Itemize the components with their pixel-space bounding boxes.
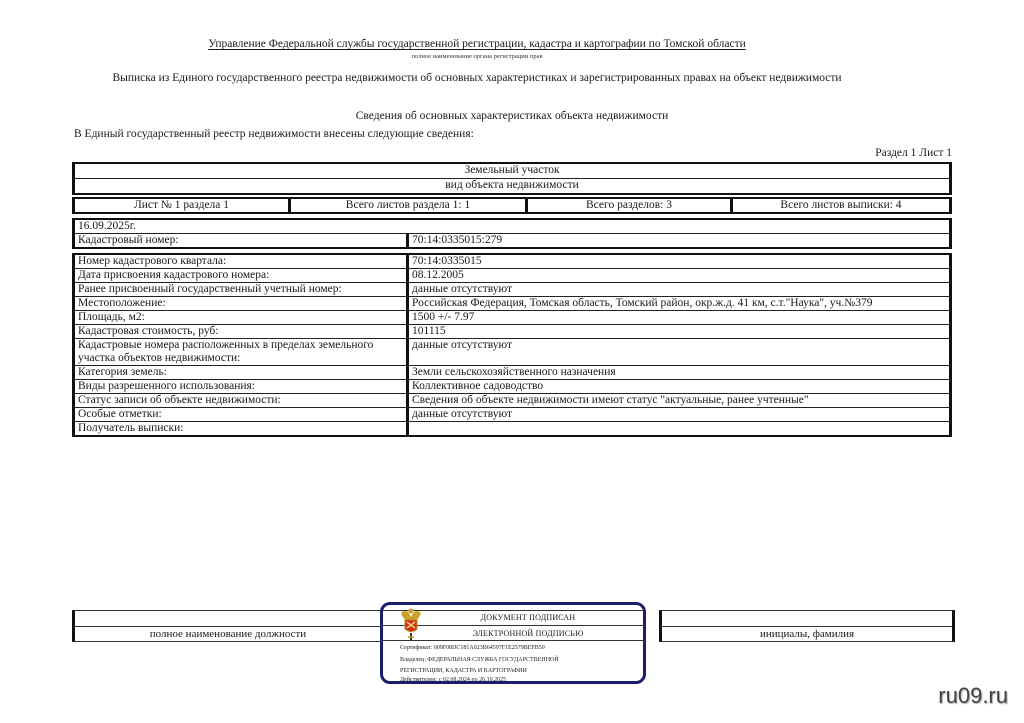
section-sheets-total: Всего листов раздела 1: 1	[290, 198, 527, 213]
object-type-table: Земельный участок вид объекта недвижимос…	[72, 162, 952, 195]
watermark: ru09.ru	[938, 683, 1008, 709]
stamp-title-line2: ЭЛЕКТРОННОЙ ПОДПИСЬЮ	[423, 629, 633, 638]
coat-of-arms-icon	[399, 607, 423, 643]
row-value: 08.12.2005	[408, 269, 951, 283]
row-label: Особые отметки:	[74, 408, 408, 422]
date-table: 16.09.2025г. Кадастровый номер: 70:14:03…	[72, 218, 952, 249]
row-value: Коллективное садоводство	[408, 380, 951, 394]
table-row: Ранее присвоенный государственный учетны…	[74, 283, 951, 297]
table-row: Особые отметки:данные отсутствуют	[74, 408, 951, 422]
row-label: Номер кадастрового квартала:	[74, 254, 408, 269]
extract-sheets-total: Всего листов выписки: 4	[732, 198, 951, 213]
organization-caption: полное наименование органа регистрации п…	[0, 53, 954, 60]
row-value: 101115	[408, 325, 951, 339]
row-label: Местоположение:	[74, 297, 408, 311]
certificate-validity: Действителен: с 02.08.2024 по 26.10.2025	[400, 677, 506, 683]
row-value: 1500 +/- 7.97	[408, 311, 951, 325]
table-row: Кадастровые номера расположенных в преде…	[74, 339, 951, 366]
table-row: Номер кадастрового квартала:70:14:033501…	[74, 254, 951, 269]
name-signature-field: инициалы, фамилия	[659, 610, 955, 642]
row-value: данные отсутствуют	[408, 339, 951, 366]
section-title: Сведения об основных характеристиках объ…	[0, 110, 1024, 122]
certificate-owner-line1: Владелец: ФЕДЕРАЛЬНАЯ СЛУЖБА ГОСУДАРСТВЕ…	[400, 657, 559, 663]
table-row: Получатель выписки:	[74, 422, 951, 437]
intro-text: В Единый государственный реестр недвижим…	[74, 128, 474, 140]
row-value: Российская Федерация, Томская область, Т…	[408, 297, 951, 311]
row-value: 70:14:0335015	[408, 254, 951, 269]
object-type-caption: вид объекта недвижимости	[74, 179, 951, 195]
row-label: Площадь, м2:	[74, 311, 408, 325]
position-caption: полное наименование должности	[75, 628, 381, 640]
stamp-title-line1: ДОКУМЕНТ ПОДПИСАН	[423, 613, 633, 622]
row-value: данные отсутствуют	[408, 408, 951, 422]
extract-title: Выписка из Единого государственного реес…	[0, 72, 954, 84]
sheet-info-table: Лист № 1 раздела 1 Всего листов раздела …	[72, 197, 952, 214]
sheet-reference: Раздел 1 Лист 1	[875, 147, 952, 159]
certificate-owner-line2: РЕГИСТРАЦИИ, КАДАСТРА И КАРТОГРАФИИ	[400, 668, 527, 674]
table-row: Статус записи об объекте недвижимости:Св…	[74, 394, 951, 408]
row-label: Получатель выписки:	[74, 422, 408, 437]
table-row: Кадастровая стоимость, руб:101115	[74, 325, 951, 339]
characteristics-table: Номер кадастрового квартала:70:14:033501…	[72, 253, 952, 437]
row-label: Кадастровая стоимость, руб:	[74, 325, 408, 339]
row-label: Кадастровые номера расположенных в преде…	[74, 339, 408, 366]
row-value: Земли сельскохозяйственного назначения	[408, 366, 951, 380]
row-label: Ранее присвоенный государственный учетны…	[74, 283, 408, 297]
electronic-signature-stamp: ДОКУМЕНТ ПОДПИСАН ЭЛЕКТРОННОЙ ПОДПИСЬЮ С…	[380, 602, 646, 684]
cadastral-number-label: Кадастровый номер:	[74, 234, 408, 249]
table-row: Виды разрешенного использования:Коллекти…	[74, 380, 951, 394]
table-row: Дата присвоения кадастрового номера:08.1…	[74, 269, 951, 283]
row-label: Статус записи об объекте недвижимости:	[74, 394, 408, 408]
row-value: данные отсутствуют	[408, 283, 951, 297]
row-label: Виды разрешенного использования:	[74, 380, 408, 394]
table-row: Местоположение:Российская Федерация, Том…	[74, 297, 951, 311]
certificate-number: Сертификат: 009F08DC181A023B64597F1E2579…	[400, 645, 545, 651]
object-type-value: Земельный участок	[74, 163, 951, 179]
organization-name: Управление Федеральной службы государств…	[0, 38, 954, 50]
sheet-number: Лист № 1 раздела 1	[74, 198, 290, 213]
row-label: Категория земель:	[74, 366, 408, 380]
row-label: Дата присвоения кадастрового номера:	[74, 269, 408, 283]
extract-date: 16.09.2025г.	[74, 219, 951, 234]
row-value	[408, 422, 951, 437]
position-signature-field: полное наименование должности	[72, 610, 381, 642]
cadastral-number-value: 70:14:0335015:279	[408, 234, 951, 249]
table-row: Площадь, м2:1500 +/- 7.97	[74, 311, 951, 325]
name-caption: инициалы, фамилия	[662, 628, 952, 640]
sections-total: Всего разделов: 3	[527, 198, 732, 213]
row-value: Сведения об объекте недвижимости имеют с…	[408, 394, 951, 408]
table-row: Категория земель:Земли сельскохозяйствен…	[74, 366, 951, 380]
